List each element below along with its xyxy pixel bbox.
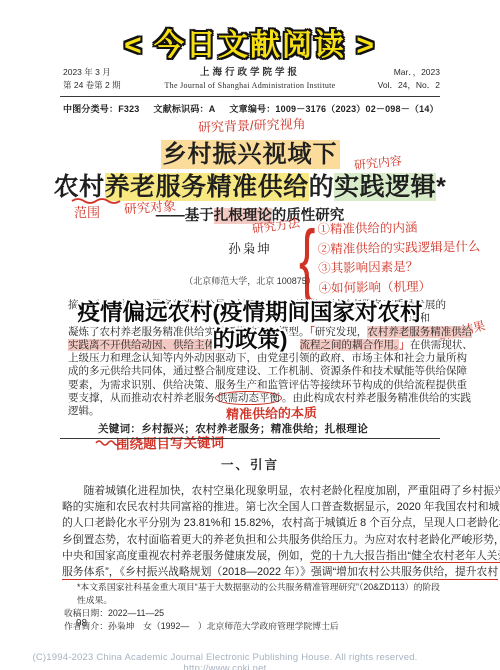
author-affiliation: （北京师范大学，北京 100875） [0, 274, 500, 287]
text-line: 随着城镇化进程加快，农村空巢化现象明显，农村老龄化程度加剧，严重阻碍了乡村振兴战 [62, 483, 440, 499]
journal-header-right: Mar．，2023 Vol．24，No．2 [378, 66, 440, 92]
text-line: 中央和国家高度重视农村养老服务健康发展，例如，党的十九大报告指出“健全农村老年人… [62, 548, 440, 564]
title-part-plain: 的 [309, 173, 335, 201]
footnote-received: 收稿日期：2022—11—25 [64, 607, 440, 620]
intro-paragraph: 随着城镇化进程加快，农村空巢化现象明显，农村老龄化程度加剧，严重阻碍了乡村振兴战… [62, 483, 440, 580]
footnote-block: *本文系国家社科基金重大项目“基于大数据驱动的公共服务精准管理研究”（20&ZD… [64, 581, 440, 633]
text-line: 乡倒置态势，农村面临着更大的养老负担和公共服务供给压力。为应对农村老龄化严峻形势… [62, 532, 440, 548]
overlay-note-line1: 疫情偏远农村(疫情期间国家对农村 [0, 299, 500, 326]
banner-title: < 今日文献阅读 > [0, 20, 500, 64]
keywords-rule [60, 438, 440, 439]
footnote-bio: 作者简介：孙枭坤 女（1992— ）北京师范大学政府管理学院博士后 [64, 620, 440, 633]
title-star: * [436, 173, 446, 201]
annotation-brace-icon: { [299, 221, 315, 299]
clc-number: 中图分类号：F323 [63, 104, 140, 114]
overlay-note-line2: 的政策) [0, 326, 500, 353]
paper-page: < 今日文献阅读 > 2023 年 3 月 第 24 卷第 2 期 上海行政学院… [0, 0, 500, 670]
document-code: 文献标识码：A [154, 104, 216, 114]
annotation-research-background: 研究背景/研究视角 [198, 117, 306, 136]
text-line: 上级压力和理念认知等内外动因驱动下，由党建引领的政府、市场主体和社会力量所构 [68, 352, 430, 365]
section-heading: 一、引言 [0, 455, 500, 473]
journal-issue-en: Vol．24，No．2 [378, 79, 440, 92]
title-highlight-peach: 乡村振兴视域下 [161, 140, 340, 169]
title-highlight-yellow: 养老服务精准供给 [105, 173, 309, 201]
text-line: 略的实施和农民农村共同富裕的推进。第七次全国人口普查数据显示，2020 年我国农… [62, 499, 440, 515]
article-meta-row: 中图分类号：F323文献标识码：A文章编号：1009－3176（2023）02－… [63, 102, 453, 115]
author-name: 孙枭坤 [0, 239, 500, 257]
journal-date-en: Mar．，2023 [378, 66, 440, 79]
text-line: 要素，为需求识别、供给决策、服务生产和监管评估等接续环节构成的供给流程提供重 [68, 379, 430, 392]
article-title-line1: 乡村振兴视域下 [0, 134, 500, 169]
text-line: 的人口老龄化水平分别为 23.81%和 15.82%，农村高于城镇近 8 个百分… [62, 515, 440, 531]
keywords-line: 关键词：乡村振兴；农村养老服务；精准供给；扎根理论 [98, 421, 368, 436]
text-line: 服务体系”，《乡村振兴战略规划（2018—2022 年）》强调“增加农村公共服务… [62, 564, 440, 580]
footnote-grant: *本文系国家社科基金重大项目“基于大数据驱动的公共服务精准管理研究”（20&ZD… [64, 581, 440, 607]
title-highlight-green: 实践逻辑 [334, 173, 436, 201]
overlay-note: 疫情偏远农村(疫情期间国家对农村 的政策) [0, 299, 500, 353]
article-number: 文章编号：1009－3176（2023）02－098－（14） [229, 104, 438, 114]
copyright-footer: (C)1994-2023 China Academic Journal Elec… [10, 649, 440, 670]
text-line: 要支撑，从而推动农村养老服务供需动态平衡。由此构成农村养老服务精准供给的实践 [68, 392, 430, 405]
text-line: 成的多元供给共同体，通过整合制度建设、工作机制、资源条件和技术赋能等供给保障 [68, 365, 430, 378]
page-number: 98 [76, 618, 87, 629]
subtitle-dash: ——基于 [156, 208, 214, 224]
header-rule [60, 96, 440, 97]
